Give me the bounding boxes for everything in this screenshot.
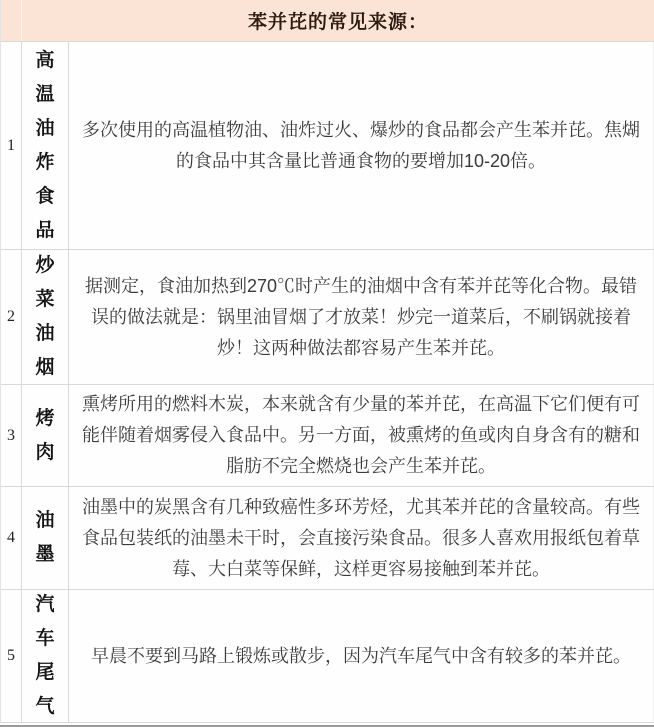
table-row: 1 高温油炸食品 多次使用的高温植物油、油炸过火、爆炒的食品都会产生苯并芘。焦煳… [1,42,654,250]
benzopyrene-sources-table-page: 苯并芘的常见来源： 1 高温油炸食品 多次使用的高温植物油、油炸过火、爆炒的食品… [0,0,654,727]
benzopyrene-sources-table: 苯并芘的常见来源： 1 高温油炸食品 多次使用的高温植物油、油炸过火、爆炒的食品… [0,0,654,723]
row-number: 3 [1,385,22,486]
row-number: 5 [1,590,22,722]
table-row: 3 烤肉 熏烤所用的燃料木炭，本来就含有少量的苯并芘，在高温下它们便有可能伴随着… [1,385,654,487]
header-spacer-cell [1,0,22,41]
description-cell: 据测定，食油加热到270℃时产生的油烟中含有苯并芘等化合物。最错误的做法就是：锅… [69,250,654,384]
table-header-row: 苯并芘的常见来源： [1,0,654,42]
description-cell: 油墨中的炭黑含有几种致癌性多环芳烃，尤其苯并芘的含量较高。有些食品包装纸的油墨未… [69,487,654,589]
table-row: 4 油墨 油墨中的炭黑含有几种致癌性多环芳烃，尤其苯并芘的含量较高。有些食品包装… [1,487,654,590]
table-title: 苯并芘的常见来源： [22,0,654,41]
category-label: 油墨 [34,504,56,572]
category-label: 烤肉 [34,402,56,470]
row-number: 1 [1,42,22,249]
category-cell: 高温油炸食品 [22,42,69,249]
description-cell: 早晨不要到马路上锻炼或散步，因为汽车尾气中含有较多的苯并芘。 [69,590,654,722]
row-number: 2 [1,250,22,384]
row-number: 4 [1,487,22,589]
category-cell: 汽车尾气 [22,590,69,722]
description-cell: 多次使用的高温植物油、油炸过火、爆炒的食品都会产生苯并芘。焦煳的食品中其含量比普… [69,42,654,249]
category-cell: 炒菜油烟 [22,250,69,384]
table-row: 2 炒菜油烟 据测定，食油加热到270℃时产生的油烟中含有苯并芘等化合物。最错误… [1,250,654,385]
category-label: 炒菜油烟 [34,249,56,385]
category-cell: 油墨 [22,487,69,589]
table-row: 5 汽车尾气 早晨不要到马路上锻炼或散步，因为汽车尾气中含有较多的苯并芘。 [1,590,654,723]
description-cell: 熏烤所用的燃料木炭，本来就含有少量的苯并芘，在高温下它们便有可能伴随着烟雾侵入食… [69,385,654,486]
category-label: 高温油炸食品 [34,44,56,248]
category-cell: 烤肉 [22,385,69,486]
category-label: 汽车尾气 [34,588,56,724]
